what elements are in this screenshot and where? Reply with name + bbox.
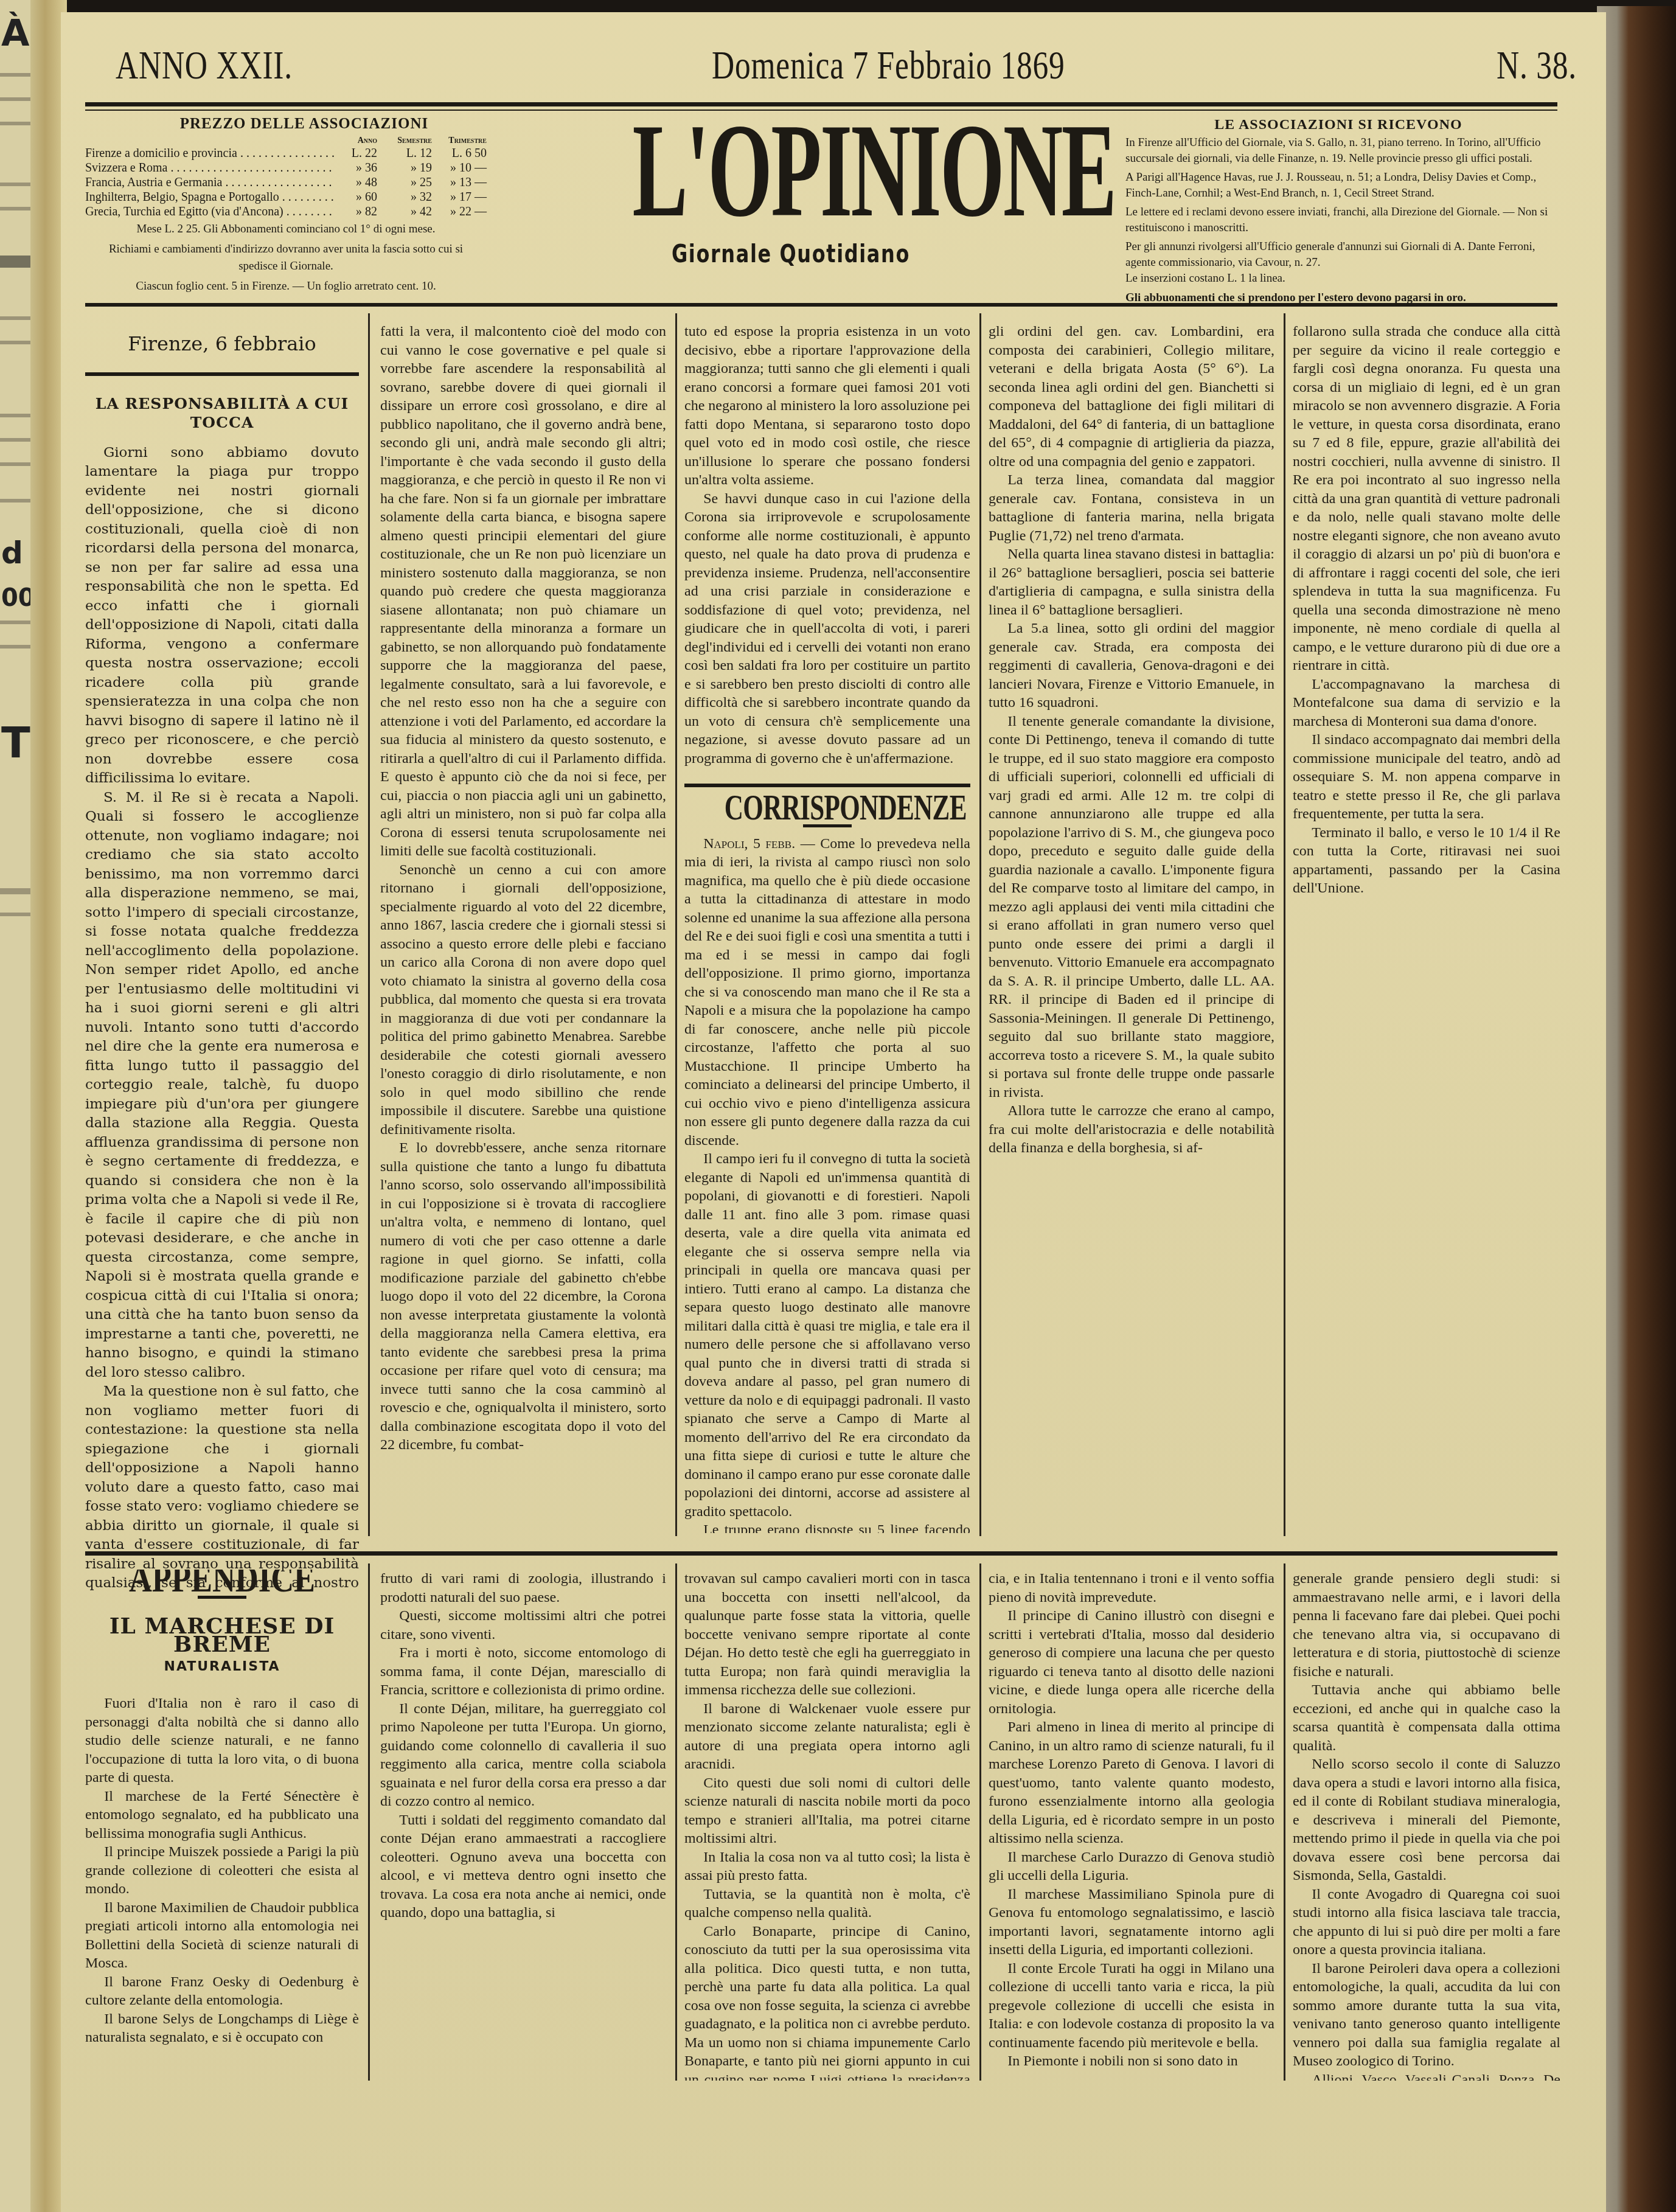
appendice-column-3: trovavan sul campo cavalieri morti con i…	[684, 1570, 970, 2081]
paragraph: Il marchese Carlo Durazzo di Genova stud…	[989, 1848, 1274, 1885]
paragraph: Nello scorso secolo il conte di Saluzzo …	[1293, 1755, 1560, 1885]
adjacent-page-letter: À	[1, 12, 29, 55]
paragraph: fatti la vera, il malcontento cioè del m…	[380, 322, 666, 861]
appendice-heading: APPENDICE	[110, 1570, 335, 1588]
column-rule	[979, 1563, 981, 2081]
paragraph: — Come lo prevedeva nella mia di ieri, l…	[684, 836, 970, 1149]
price-row: Svizzera e Roma» 36» 19» 10 —	[85, 161, 487, 175]
paragraph: Il barone Franz Oesky di Oedenburg è cul…	[85, 1973, 359, 2010]
section-heading: CORRISPONDENZE ITALIANE	[725, 798, 930, 817]
paragraph: Giorni sono abbiamo dovuto lamentare la …	[85, 443, 359, 788]
paragraph: tuto ed espose la propria esistenza in u…	[684, 322, 970, 490]
book-edge	[1597, 6, 1676, 2212]
paragraph: Senonchè un cenno a cui con amore ritorn…	[380, 861, 666, 1139]
paragraph: Il campo ieri fu il convegno di tutta la…	[684, 1150, 970, 1521]
header-bottom-rule	[85, 303, 1557, 307]
paragraph: Fra i morti è noto, siccome entomologo d…	[380, 1644, 666, 1700]
column-rule	[675, 1563, 677, 2081]
paragraph: Pari almeno in linea di merito al princi…	[989, 1718, 1274, 1848]
paragraph: Nella quarta linea stavano distesi in ba…	[989, 545, 1274, 619]
appendice-column-2: frutto di vari rami di zoologia, illustr…	[380, 1570, 666, 2081]
paragraph: Il conte Avogadro di Quaregna coi suoi s…	[1293, 1885, 1560, 1960]
paragraph: trovavan sul campo cavalieri morti con i…	[684, 1570, 970, 1700]
paragraph: Allioni, Vasco, Vassali Canali, Ponza, D…	[1293, 2071, 1560, 2081]
price-row: Francia, Austria e Germania» 48» 25» 13 …	[85, 175, 487, 190]
column-4: gli ordini del gen. cav. Lombardini, era…	[989, 322, 1274, 1533]
office-line: In Firenze all'Ufficio del Giornale, via…	[1125, 135, 1551, 167]
paragraph: Ma la questione non è sul fatto, che non…	[85, 1382, 359, 1594]
paragraph: La terza linea, comandata dal maggior ge…	[989, 471, 1274, 545]
price-row: Inghilterra, Belgio, Spagna e Portogallo…	[85, 190, 487, 204]
office-line: Le lettere ed i reclami devono essere in…	[1125, 204, 1551, 236]
paragraph: Il conte Ercole Turati ha oggi in Milano…	[989, 1960, 1274, 2053]
masthead-line: ANNO XXII. Domenica 7 Febbraio 1869 N. 3…	[116, 30, 1612, 97]
paragraph: L'accompagnavano la marchesa di Montefal…	[1293, 675, 1560, 731]
newspaper-subtitle: Giornale Quotidiano	[645, 240, 937, 268]
column-1: Firenze, 6 febbraio LA RESPONSABILITÀ A …	[85, 322, 359, 1594]
column-rule	[368, 1563, 370, 2081]
adjacent-page-letter: d	[1, 535, 23, 571]
newspaper-page: ANNO XXII. Domenica 7 Febbraio 1869 N. 3…	[61, 12, 1606, 2212]
appendice-rule	[85, 1551, 1557, 1556]
paragraph: generale grande pensiero degli studi: si…	[1293, 1570, 1560, 1681]
paragraph: Tuttavia, se la quantità non è molta, c'…	[684, 1885, 970, 1922]
paragraph: gli ordini del gen. cav. Lombardini, era…	[989, 322, 1274, 471]
paragraph: frutto di vari rami di zoologia, illustr…	[380, 1570, 666, 1607]
paragraph: Il sindaco accompagnato dai membri della…	[1293, 731, 1560, 824]
office-line: Le inserzioni costano L. 1 la linea.	[1125, 271, 1551, 287]
issue-number: N. 38.	[1497, 43, 1577, 89]
price-row: Grecia, Turchia ed Egitto (via d'Ancona)…	[85, 204, 487, 219]
address-note: Richiami e cambiamenti d'indirizzo dovra…	[85, 241, 487, 275]
appendice-subtitle: NATURALISTA	[85, 1658, 359, 1677]
col-head-semestre: Semestre	[377, 136, 432, 146]
appendice-title: IL MARCHESE DI BREME	[85, 1617, 359, 1654]
paragraph: In Piemonte i nobili non si sono dato in	[989, 2052, 1274, 2071]
office-line: A Parigi all'Hagence Havas, rue J. J. Ro…	[1125, 170, 1551, 201]
paragraph: La 5.a linea, sotto gli ordini del maggi…	[989, 619, 1274, 712]
paragraph: Il barone Peiroleri dava opera a collezi…	[1293, 1960, 1560, 2071]
paragraph: Il marchese Massimiliano Spinola pure di…	[989, 1885, 1274, 1960]
year-label: ANNO XXII.	[116, 43, 293, 89]
paragraph: Il barone di Walckenaer vuole essere pur…	[684, 1700, 970, 1774]
column-2: fatti la vera, il malcontento cioè del m…	[380, 322, 666, 1533]
paragraph: Il tenente generale comandante la divisi…	[989, 712, 1274, 1102]
paragraph: Il barone Selys de Longchamps di Liège è…	[85, 2010, 359, 2047]
paragraph: Terminato il ballo, e verso le 10 1/4 il…	[1293, 824, 1560, 898]
paragraph: Il conte Déjan, militare, ha guerreggiat…	[380, 1700, 666, 1811]
offices-heading: LE ASSOCIAZIONI SI RICEVONO	[1125, 117, 1551, 133]
col-head-trimestre: Trimestre	[432, 136, 487, 146]
paragraph: cia, e in Italia tentennano i troni e il…	[989, 1570, 1274, 1607]
paragraph: follarono sulla strada che conduce alla …	[1293, 322, 1560, 675]
column-rule	[675, 313, 677, 1536]
paragraph: In Italia la cosa non va al tutto così; …	[684, 1848, 970, 1885]
paragraph: Tutti i soldati del reggimento comandato…	[380, 1811, 666, 1922]
column-rule	[979, 313, 981, 1536]
paragraph: Le truppe erano disposte su 5 linee face…	[684, 1521, 970, 1533]
paragraph: S. M. il Re si è recata a Napoli. Quali …	[85, 788, 359, 1383]
appendice-column-4: cia, e in Italia tentennano i troni e il…	[989, 1570, 1274, 2081]
prices-heading: PREZZO DELLE ASSOCIAZIONI	[122, 116, 487, 133]
copy-price: Ciascun foglio cent. 5 in Firenze. — Un …	[85, 280, 487, 293]
column-rule	[1284, 1563, 1285, 2081]
appendice-column-5: generale grande pensiero degli studi: si…	[1293, 1570, 1560, 2081]
column-rule	[1284, 313, 1285, 1536]
column-3: tuto ed espose la propria esistenza in u…	[684, 322, 970, 1533]
dateline: Firenze, 6 febbraio	[85, 335, 359, 354]
issue-date: Domenica 7 Febbraio 1869	[712, 43, 1065, 89]
col-head-anno: Anno	[335, 136, 377, 146]
paragraph: Il marchese de la Ferté Sénectère è ento…	[85, 1787, 359, 1843]
column-5: follarono sulla strada che conduce alla …	[1293, 322, 1560, 1533]
paragraph: Tuttavia anche qui abbiamo belle eccezio…	[1293, 1681, 1560, 1755]
dateline: Napoli, 5 febb.	[703, 836, 795, 852]
paragraph: Il principe di Canino illustrò con diseg…	[989, 1607, 1274, 1718]
paragraph: Il barone Maximilien de Chaudoir pubblic…	[85, 1899, 359, 1973]
paragraph: Cito questi due soli nomi di cultori del…	[684, 1774, 970, 1848]
article-title: LA RESPONSABILITÀ A CUI TOCCA	[85, 394, 359, 433]
paragraph: Se havvi dunque caso in cui l'azione del…	[684, 490, 970, 768]
paragraph: Fuori d'Italia non è raro il caso di per…	[85, 1694, 359, 1787]
appendice-column-1: APPENDICE IL MARCHESE DI BREME NATURALIS…	[85, 1570, 359, 2081]
subscription-prices: PREZZO DELLE ASSOCIAZIONI Anno Semestre …	[85, 116, 487, 293]
paragraph: E lo dovrebb'essere, anche senza ritorna…	[380, 1139, 666, 1455]
price-row: Firenze a domicilio e provinciaL. 22L. 1…	[85, 146, 487, 161]
paragraph: Questi, siccome moltissimi altri che pot…	[380, 1607, 666, 1644]
paragraph: Il principe Muiszek possiede a Parigi la…	[85, 1843, 359, 1899]
newspaper-title: L'OPINIONE	[633, 103, 950, 237]
office-line: Per gli annunzi rivolgersi all'Ufficio g…	[1125, 239, 1551, 271]
adjacent-page-letter: T	[1, 718, 30, 768]
subscription-offices: LE ASSOCIAZIONI SI RICEVONO In Firenze a…	[1125, 117, 1551, 306]
month-note: Mese L. 2 25. Gli Abbonamenti cominciano…	[85, 223, 487, 236]
paragraph: Allora tutte le carrozze che erano al ca…	[989, 1102, 1274, 1158]
prices-column-headers: Anno Semestre Trimestre	[85, 136, 487, 146]
column-rule	[368, 313, 370, 1536]
paragraph: Carlo Bonaparte, principe di Canino, con…	[684, 1922, 970, 2081]
